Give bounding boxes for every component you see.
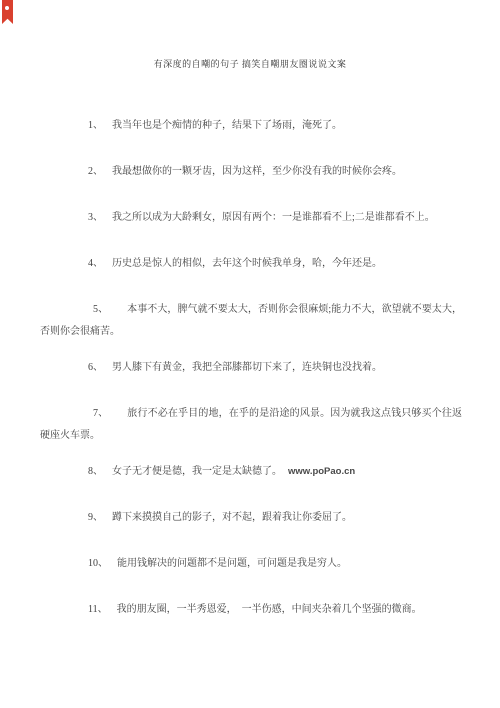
watermark-text: www.poPao.cn xyxy=(288,466,355,477)
item-number: 5、 xyxy=(93,304,108,315)
list-item: 5、本事不大，脾气就不要太大，否则你会很麻烦;能力不大，欲望就不要太大，否则你会… xyxy=(40,299,462,343)
item-text: 女子无才便是德，我一定是太缺德了。 xyxy=(112,466,282,477)
item-number: 7、 xyxy=(93,408,108,419)
item-text: 蹲下来摸摸自己的影子，对不起，跟着我让你委屈了。 xyxy=(112,512,352,523)
list-item: 11、我的朋友圈，一半秀恩爱， 一半伤感，中间夹杂着几个坚强的微商。 xyxy=(40,599,462,621)
list-item: 8、女子无才便是德，我一定是太缺德了。www.poPao.cn xyxy=(40,461,462,483)
item-text: 能用钱解决的问题都不是问题，可问题是我是穷人。 xyxy=(117,558,347,569)
list-item: 9、蹲下来摸摸自己的影子，对不起，跟着我让你委屈了。 xyxy=(40,507,462,529)
page-title: 有深度的自嘲的句子 搞笑自嘲朋友圈说说文案 xyxy=(0,0,500,70)
item-number: 3、 xyxy=(88,212,103,223)
item-text: 我最想做你的一颗牙齿，因为这样，至少你没有我的时候你会疼。 xyxy=(112,166,402,177)
item-number: 6、 xyxy=(88,362,103,373)
item-text: 历史总是惊人的相似，去年这个时候我单身，哈，今年还是。 xyxy=(112,258,382,269)
item-text: 我的朋友圈，一半秀恩爱， 一半伤感，中间夹杂着几个坚强的微商。 xyxy=(117,604,422,615)
item-number: 1、 xyxy=(88,120,103,131)
item-number: 11、 xyxy=(88,604,108,615)
item-text: 我当年也是个痴情的种子，结果下了场雨，淹死了。 xyxy=(112,120,342,131)
list-item: 4、历史总是惊人的相似，去年这个时候我单身，哈，今年还是。 xyxy=(40,253,462,275)
quote-list: 1、我当年也是个痴情的种子，结果下了场雨，淹死了。 2、我最想做你的一颗牙齿，因… xyxy=(0,115,500,621)
item-text: 我之所以成为大龄剩女，原因有两个：一是谁都看不上;二是谁都看不上。 xyxy=(112,212,435,223)
list-item: 1、我当年也是个痴情的种子，结果下了场雨，淹死了。 xyxy=(40,115,462,137)
list-item: 2、我最想做你的一颗牙齿，因为这样，至少你没有我的时候你会疼。 xyxy=(40,161,462,183)
item-number: 2、 xyxy=(88,166,103,177)
item-text: 男人膝下有黄金，我把全部膝都切下来了，连块铜也没找着。 xyxy=(112,362,382,373)
list-item: 6、男人膝下有黄金，我把全部膝都切下来了，连块铜也没找着。 xyxy=(40,357,462,379)
document-page: 有深度的自嘲的句子 搞笑自嘲朋友圈说说文案 1、我当年也是个痴情的种子，结果下了… xyxy=(0,0,500,708)
item-number: 4、 xyxy=(88,258,103,269)
list-item: 10、能用钱解决的问题都不是问题，可问题是我是穷人。 xyxy=(40,553,462,575)
list-item: 7、旅行不必在乎目的地，在乎的是沿途的风景。因为就我这点钱只够买个往返硬座火车票… xyxy=(40,403,462,447)
item-number: 9、 xyxy=(88,512,103,523)
item-number: 8、 xyxy=(88,466,103,477)
list-item: 3、我之所以成为大龄剩女，原因有两个：一是谁都看不上;二是谁都看不上。 xyxy=(40,207,462,229)
item-number: 10、 xyxy=(88,558,108,569)
bookmark-dot xyxy=(5,6,9,10)
